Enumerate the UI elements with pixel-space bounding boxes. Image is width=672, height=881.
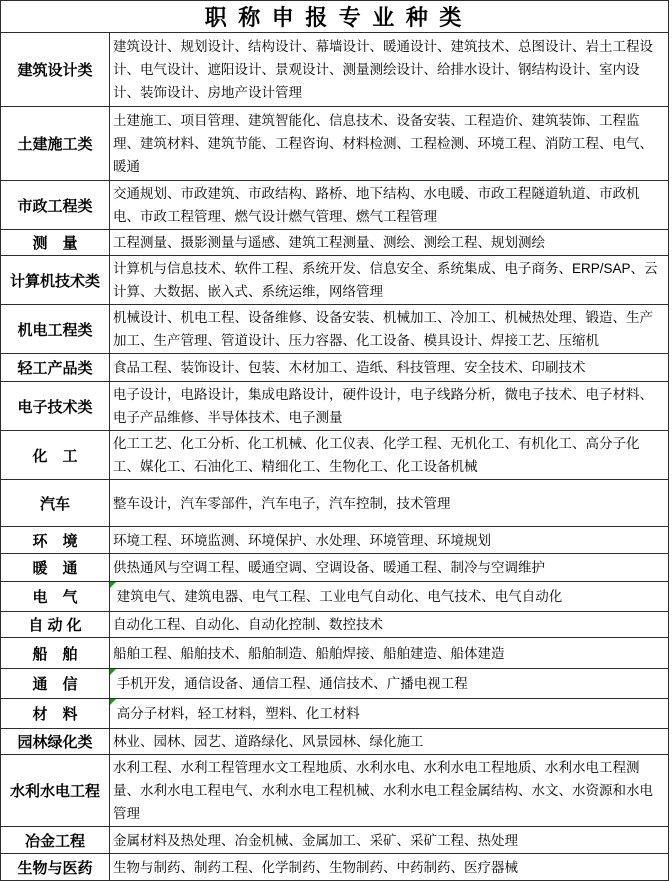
table-row: 船 舶 船舶工程、船舶技术、船舶制造、船舶焊接、船舶建造、船体建造 [1, 638, 669, 669]
specialties-cell: 生物与制药、制药工程、化学制药、生物制药、中药制药、医疗器械 [110, 854, 669, 881]
table-row: 机电工程类 机械设计、机电工程、设备维修、设备安装、机械加工、冷加工、机械热处理… [1, 305, 669, 354]
specialties-cell: 手机开发，通信设备、通信工程、通信技术、广播电视工程 [110, 669, 669, 699]
category-cell: 电子技术类 [1, 382, 110, 431]
specialties-text: 工程测量、摄影测量与遥感、建筑工程测量、测绘、测绘工程、规划测绘 [113, 235, 545, 250]
specialties-cell: 金属材料及热处理、冶金机械、金属加工、采矿、采矿工程、热处理 [110, 827, 669, 854]
category-cell: 水利水电工程 [1, 755, 110, 827]
table-row: 建筑设计类 建筑设计、规划设计、结构设计、幕墙设计、暖通设计、建筑技术、总图设计… [1, 33, 669, 107]
category-cell: 船 舶 [1, 638, 110, 669]
specialties-cell: 建筑设计、规划设计、结构设计、幕墙设计、暖通设计、建筑技术、总图设计、岩土工程设… [110, 33, 669, 107]
specialties-cell: 电子设计，电路设计，集成电路设计，硬件设计，电子线路分析，微电子技术、电子材料、… [110, 382, 669, 431]
table-row: 环 境 环境工程、环境监测、环境保护、水处理、环境管理、环境规划 [1, 527, 669, 554]
specialties-text: 化工工艺、化工分析、化工机械、化工仪表、化学工程、无机化工、有机化工、高分子化工… [113, 436, 640, 474]
specialties-cell: 林业、园林、园艺、道路绿化、风景园林、绿化施工 [110, 729, 669, 755]
table-row: 水利水电工程 水利工程、水利工程管理水文工程地质、水利水电、水利水电工程地质、水… [1, 755, 669, 827]
category-cell: 生物与医药 [1, 854, 110, 881]
table-row: 市政工程类 交通规划、市政建筑、市政结构、路桥、地下结构、水电暖、市政工程隧道轨… [1, 181, 669, 230]
table-row: 电 气 建筑电气、建筑电器、电气工程、工业电气自动化、电气技术、电气自动化 [1, 582, 669, 612]
specialties-text: 交通规划、市政建筑、市政结构、路桥、地下结构、水电暖、市政工程隧道轨道、市政机电… [113, 186, 640, 224]
specialties-cell: 环境工程、环境监测、环境保护、水处理、环境管理、环境规划 [110, 527, 669, 554]
category-cell: 汽车 [1, 480, 110, 527]
specialties-text: 供热通风与空调工程、暖通空调、空调设备、暖通工程、制冷与空调维护 [113, 560, 545, 575]
category-cell: 暖 通 [1, 554, 110, 582]
specialties-text: 环境工程、环境监测、环境保护、水处理、环境管理、环境规划 [113, 533, 491, 548]
specialties-text: 林业、园林、园艺、道路绿化、风景园林、绿化施工 [113, 734, 424, 749]
cell-flag-icon [110, 699, 116, 705]
table-row: 暖 通 供热通风与空调工程、暖通空调、空调设备、暖通工程、制冷与空调维护 [1, 554, 669, 582]
category-cell: 电 气 [1, 582, 110, 612]
specialties-cell: 食品工程、装饰设计、包装、木材加工、造纸、科技管理、安全技术、印刷技术 [110, 354, 669, 382]
specialties-cell: 计算机与信息技术、软件工程、系统开发、信息安全、系统集成、电子商务、ERP/SA… [110, 256, 669, 305]
table-row: 轻工产品类 食品工程、装饰设计、包装、木材加工、造纸、科技管理、安全技术、印刷技… [1, 354, 669, 382]
specialties-text: 计算机与信息技术、软件工程、系统开发、信息安全、系统集成、电子商务、ERP/SA… [113, 261, 658, 299]
specialties-text: 土建施工、项目管理、建筑智能化、信息技术、设备安装、工程造价、建筑装饰、工程监理… [113, 113, 653, 174]
category-cell: 通 信 [1, 669, 110, 699]
category-cell: 化 工 [1, 431, 110, 480]
specialties-text: 建筑设计、规划设计、结构设计、幕墙设计、暖通设计、建筑技术、总图设计、岩土工程设… [113, 39, 653, 100]
cell-flag-icon [110, 669, 116, 675]
table-row: 测 量 工程测量、摄影测量与遥感、建筑工程测量、测绘、测绘工程、规划测绘 [1, 230, 669, 256]
table-row: 园林绿化类 林业、园林、园艺、道路绿化、风景园林、绿化施工 [1, 729, 669, 755]
specialties-cell: 自动化工程、自动化、自动化控制、数控技术 [110, 612, 669, 638]
specialties-cell: 化工工艺、化工分析、化工机械、化工仪表、化学工程、无机化工、有机化工、高分子化工… [110, 431, 669, 480]
category-cell: 测 量 [1, 230, 110, 256]
category-cell: 环 境 [1, 527, 110, 554]
specialties-cell: 水利工程、水利工程管理水文工程地质、水利水电、水利水电工程地质、水利水电工程测量… [110, 755, 669, 827]
category-cell: 机电工程类 [1, 305, 110, 354]
category-cell: 冶金工程 [1, 827, 110, 854]
cell-flag-icon [110, 582, 116, 588]
specialties-text: 金属材料及热处理、冶金机械、金属加工、采矿、采矿工程、热处理 [113, 833, 518, 848]
table-row: 化 工 化工工艺、化工分析、化工机械、化工仪表、化学工程、无机化工、有机化工、高… [1, 431, 669, 480]
title-row: 职 称 申 报 专 业 种 类 [1, 1, 669, 33]
specialties-cell: 土建施工、项目管理、建筑智能化、信息技术、设备安装、工程造价、建筑装饰、工程监理… [110, 107, 669, 181]
category-cell: 轻工产品类 [1, 354, 110, 382]
table-row: 汽车 整车设计，汽车零部件，汽车电子，汽车控制，技术管理 [1, 480, 669, 527]
category-cell: 自 动 化 [1, 612, 110, 638]
table-row: 材 料 高分子材料，轻工材料，塑料、化工材料 [1, 699, 669, 729]
table-row: 电子技术类 电子设计，电路设计，集成电路设计，硬件设计，电子线路分析，微电子技术… [1, 382, 669, 431]
specialties-text: 船舶工程、船舶技术、船舶制造、船舶焊接、船舶建造、船体建造 [113, 646, 505, 661]
category-cell: 市政工程类 [1, 181, 110, 230]
title-categories-table: 职 称 申 报 专 业 种 类 建筑设计类 建筑设计、规划设计、结构设计、幕墙设… [0, 0, 669, 881]
specialties-cell: 建筑电气、建筑电器、电气工程、工业电气自动化、电气技术、电气自动化 [110, 582, 669, 612]
table-row: 土建施工类 土建施工、项目管理、建筑智能化、信息技术、设备安装、工程造价、建筑装… [1, 107, 669, 181]
specialties-text: 手机开发，通信设备、通信工程、通信技术、广播电视工程 [113, 676, 468, 691]
table-row: 计算机技术类 计算机与信息技术、软件工程、系统开发、信息安全、系统集成、电子商务… [1, 256, 669, 305]
specialties-cell: 船舶工程、船舶技术、船舶制造、船舶焊接、船舶建造、船体建造 [110, 638, 669, 669]
page-title: 职 称 申 报 专 业 种 类 [1, 1, 669, 33]
table-row: 自 动 化 自动化工程、自动化、自动化控制、数控技术 [1, 612, 669, 638]
specialties-cell: 整车设计，汽车零部件，汽车电子，汽车控制，技术管理 [110, 480, 669, 527]
specialties-text: 整车设计，汽车零部件，汽车电子，汽车控制，技术管理 [113, 496, 451, 511]
title-categories-sheet: 职 称 申 报 专 业 种 类 建筑设计类 建筑设计、规划设计、结构设计、幕墙设… [0, 0, 671, 881]
specialties-text: 高分子材料，轻工材料，塑料、化工材料 [113, 706, 360, 721]
specialties-text: 机械设计、机电工程、设备维修、设备安装、机械加工、冷加工、机械热处理、锻造、生产… [113, 310, 653, 348]
specialties-text: 水利工程、水利工程管理水文工程地质、水利水电、水利水电工程地质、水利水电工程测量… [113, 760, 653, 821]
category-cell: 园林绿化类 [1, 729, 110, 755]
specialties-cell: 交通规划、市政建筑、市政结构、路桥、地下结构、水电暖、市政工程隧道轨道、市政机电… [110, 181, 669, 230]
specialties-cell: 机械设计、机电工程、设备维修、设备安装、机械加工、冷加工、机械热处理、锻造、生产… [110, 305, 669, 354]
specialties-text: 电子设计，电路设计，集成电路设计，硬件设计，电子线路分析，微电子技术、电子材料、… [113, 387, 653, 425]
specialties-text: 自动化工程、自动化、自动化控制、数控技术 [113, 617, 383, 632]
specialties-cell: 高分子材料，轻工材料，塑料、化工材料 [110, 699, 669, 729]
table-row: 通 信 手机开发，通信设备、通信工程、通信技术、广播电视工程 [1, 669, 669, 699]
category-cell: 材 料 [1, 699, 110, 729]
table-row: 生物与医药 生物与制药、制药工程、化学制药、生物制药、中药制药、医疗器械 [1, 854, 669, 881]
category-cell: 土建施工类 [1, 107, 110, 181]
specialties-text: 生物与制药、制药工程、化学制药、生物制药、中药制药、医疗器械 [113, 860, 518, 875]
specialties-cell: 供热通风与空调工程、暖通空调、空调设备、暖通工程、制冷与空调维护 [110, 554, 669, 582]
specialties-text: 食品工程、装饰设计、包装、木材加工、造纸、科技管理、安全技术、印刷技术 [113, 360, 586, 375]
table-row: 冶金工程 金属材料及热处理、冶金机械、金属加工、采矿、采矿工程、热处理 [1, 827, 669, 854]
specialties-text: 建筑电气、建筑电器、电气工程、工业电气自动化、电气技术、电气自动化 [113, 589, 562, 604]
category-cell: 建筑设计类 [1, 33, 110, 107]
category-cell: 计算机技术类 [1, 256, 110, 305]
specialties-cell: 工程测量、摄影测量与遥感、建筑工程测量、测绘、测绘工程、规划测绘 [110, 230, 669, 256]
